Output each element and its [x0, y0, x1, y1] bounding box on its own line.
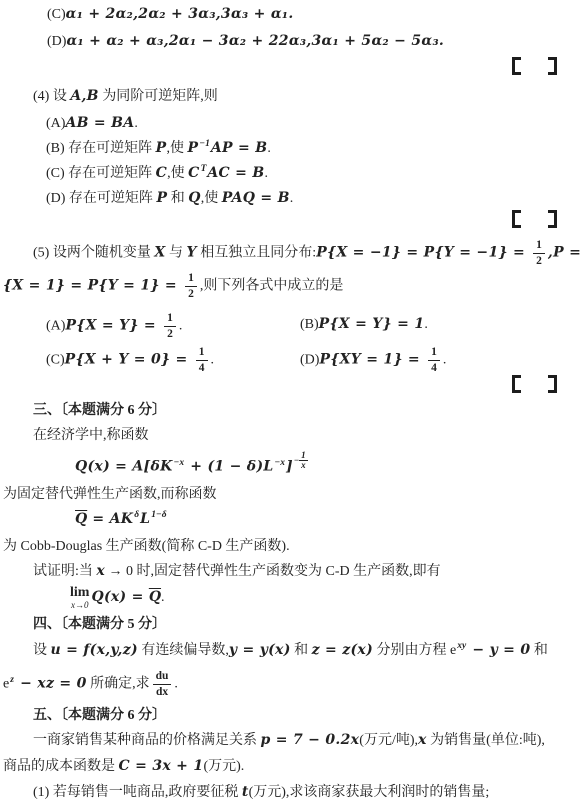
text-segment: − xz = 0 — [15, 675, 87, 691]
text-segment: AC = B — [207, 165, 264, 181]
option-4D: (D) 存在可逆矩阵 P 和 Q,使 PAQ = B. — [46, 190, 293, 208]
fraction-numerator: 1 — [185, 272, 197, 287]
text-segment: . — [161, 590, 165, 605]
text-segment: C — [156, 165, 167, 181]
superscript: xy — [457, 641, 466, 651]
question-4-stem: (4) 设 A,B 为同阶可逆矩阵,则 — [33, 88, 218, 106]
text-segment: z = z(x) — [312, 642, 373, 658]
fraction: 14 — [196, 346, 208, 374]
fraction-stack: 12 — [533, 239, 545, 267]
text-segment: P{X + Y = 0} = — [65, 351, 193, 367]
text-segment: (B) — [300, 317, 319, 332]
text-segment: (万元),求该商家获最大利润时的销售量; — [249, 785, 490, 800]
overline-variable: Q — [149, 589, 161, 605]
right-bracket-icon — [548, 375, 557, 393]
document-page: (C)α₁ + 2α₂,2α₂ + 3α₃,3α₃ + α₁.(D)α₁ + α… — [0, 0, 582, 805]
text-segment: (D) — [47, 34, 66, 49]
fraction-stack: 1x — [299, 451, 308, 470]
option-4B: (B) 存在可逆矩阵 P,使 P−1AP = B. — [46, 140, 271, 158]
left-bracket-icon — [512, 210, 521, 228]
superscript: δ — [134, 510, 139, 520]
answer-bracket-2 — [512, 210, 557, 234]
text-segment: PAQ = B — [222, 190, 290, 206]
text-segment: 为销售量(单位:吨), — [427, 733, 545, 748]
text-segment: . — [211, 352, 215, 367]
option-2D: (D)α₁ + α₂ + α₃,2α₁ − 3α₂ + 22α₃,3α₁ + 5… — [47, 33, 444, 51]
text-segment: u = f(x,y,z) — [51, 642, 138, 658]
limit-formula: limx→0Q(x) = Q. — [70, 586, 165, 610]
ces-production-formula: Q(x) = A[δK−x + (1 − δ)L−x]−1x — [75, 451, 308, 476]
option-5D: (D)P{XY = 1} = 14. — [300, 346, 446, 374]
limit-text: lim — [70, 586, 89, 600]
option-5B: (B)P{X = Y} = 1. — [300, 316, 428, 334]
text-segment: . — [424, 317, 428, 332]
text-segment: (B) 存在可逆矩阵 — [46, 141, 156, 156]
text-segment: {X = 1} = P{Y = 1} = — [3, 277, 182, 293]
answer-bracket-3 — [512, 375, 557, 399]
text-segment: P — [188, 140, 199, 156]
fraction: 12 — [533, 239, 545, 267]
text-segment: 和 — [291, 643, 312, 658]
text-segment: → 0 时,固定替代弹性生产函数变为 C-D 生产函数,即有 — [105, 564, 441, 579]
question-four-line2: ez − xz = 0 所确定,求dudx. — [3, 670, 178, 698]
left-bracket-icon — [512, 375, 521, 393]
text-segment: p = 7 − 0.2x — [261, 732, 360, 748]
text-segment: (5) 设两个随机变量 — [33, 245, 154, 260]
text-segment: (D) — [300, 352, 319, 367]
text-segment: Q(x) = — [91, 589, 148, 605]
text-segment: Q(x) = A[δK — [75, 459, 173, 475]
section-4-heading: 四、〔本题满分 5 分〕 — [33, 616, 166, 634]
right-bracket-icon — [548, 210, 557, 228]
text-segment: AB = BA — [65, 115, 134, 131]
fraction: dudx — [153, 670, 172, 698]
fraction-numerator: 1 — [196, 346, 208, 361]
superscript: 1−δ — [151, 510, 166, 520]
text-segment: 相互独立且同分布: — [197, 245, 316, 260]
text-segment: C = 3x + 1 — [119, 758, 204, 774]
question-five-line2: 商品的成本函数是 C = 3x + 1(万元). — [3, 758, 244, 776]
text-segment: 商品的成本函数是 — [3, 759, 119, 774]
text-segment: . — [265, 166, 269, 181]
text-segment: t — [242, 784, 249, 800]
text-segment: (A) — [46, 318, 65, 333]
fraction-stack: dudx — [153, 670, 172, 698]
fraction-numerator: 1 — [164, 312, 176, 327]
section-3-heading: 三、〔本题满分 6 分〕 — [33, 402, 166, 420]
text-segment: ,P = — [548, 244, 581, 260]
text-segment: ,使 — [167, 166, 188, 181]
text-segment: 试证明:当 — [33, 564, 96, 579]
text-segment: 在经济学中,称函数 — [33, 428, 149, 443]
fraction-numerator: 1 — [428, 346, 440, 361]
text-segment: 为固定替代弹性生产函数,而称函数 — [3, 487, 217, 502]
superscript: −x — [174, 458, 185, 468]
right-bracket-icon — [548, 57, 557, 75]
superscript: −1 — [199, 139, 210, 149]
text-segment: . — [267, 141, 271, 156]
fraction-denominator: 4 — [196, 361, 208, 375]
section-heading-text: 三、〔本题满分 6 分〕 — [33, 403, 166, 418]
question-5-stem-line2: {X = 1} = P{Y = 1} = 12,则下列各式中成立的是 — [3, 272, 343, 300]
text-segment: 和 — [167, 191, 188, 206]
superscript: z — [10, 675, 14, 685]
option-5C: (C)P{X + Y = 0} = 14. — [46, 346, 214, 374]
option-5A: (A)P{X = Y} = 12. — [46, 312, 182, 340]
question-five-line1: 一商家销售某种商品的价格满足关系 p = 7 − 0.2x(万元/吨),x 为销… — [33, 732, 545, 750]
text-segment: 一商家销售某种商品的价格满足关系 — [33, 733, 261, 748]
option-4A: (A)AB = BA. — [46, 115, 138, 133]
fraction-numerator: 1 — [533, 239, 545, 254]
superscript: −x — [275, 458, 286, 468]
text-segment: 和 — [530, 643, 548, 658]
text-segment: = AK — [87, 511, 133, 527]
text-segment: . — [290, 191, 294, 206]
text-segment: (1) 若每销售一吨商品,政府要征税 — [33, 785, 242, 800]
answer-bracket-icon — [512, 57, 557, 75]
text-segment: (万元/吨), — [359, 733, 418, 748]
fraction-denominator: 4 — [428, 361, 440, 375]
text-segment: P — [156, 190, 167, 206]
fraction-stack: 14 — [196, 346, 208, 374]
text-segment: P — [156, 140, 167, 156]
text-segment: (4) 设 — [33, 89, 70, 104]
ces-label: 为固定替代弹性生产函数,而称函数 — [3, 486, 217, 504]
text-segment: 为 Cobb-Douglas 生产函数(简称 C-D 生产函数). — [3, 539, 290, 554]
text-segment: x — [96, 563, 105, 579]
text-segment: 与 — [166, 245, 187, 260]
limit-operator: limx→0 — [70, 586, 89, 610]
cd-production-formula: Q = AKδL1−δ — [75, 511, 168, 529]
cd-label: 为 Cobb-Douglas 生产函数(简称 C-D 生产函数). — [3, 538, 290, 556]
text-segment: (C) — [46, 352, 65, 367]
limit-subscript: x→0 — [70, 601, 89, 610]
text-segment: 分别由方程 e — [373, 643, 456, 658]
text-segment: P{X = Y} = — [65, 317, 161, 333]
text-segment: Y — [187, 244, 197, 260]
text-segment: L — [140, 511, 150, 527]
text-segment: y = y(x) — [229, 642, 291, 658]
text-segment: . — [174, 676, 178, 691]
fraction-denominator: x — [299, 461, 308, 470]
text-segment: − y = 0 — [467, 642, 530, 658]
section-3-intro: 在经济学中,称函数 — [33, 427, 149, 445]
answer-bracket-icon — [512, 210, 557, 228]
fraction-stack: 12 — [164, 312, 176, 340]
fraction-stack: 12 — [185, 272, 197, 300]
answer-bracket-1 — [512, 57, 557, 81]
question-5-stem-line1: (5) 设两个随机变量 X 与 Y 相互独立且同分布:P{X = −1} = P… — [33, 239, 581, 267]
text-segment: ,使 — [201, 191, 222, 206]
overline-variable: Q — [75, 511, 87, 527]
text-segment: 设 — [33, 643, 51, 658]
text-segment: (C) 存在可逆矩阵 — [46, 166, 156, 181]
question-four-line1: 设 u = f(x,y,z) 有连续偏导数,y = y(x) 和 z = z(x… — [33, 642, 548, 660]
text-segment: AP = B — [211, 140, 268, 156]
fraction: 14 — [428, 346, 440, 374]
text-segment: ] — [286, 459, 293, 475]
text-segment: (A) — [46, 116, 65, 131]
text-segment: ,则下列各式中成立的是 — [200, 278, 344, 293]
text-segment: + (1 − δ)L — [185, 459, 273, 475]
text-segment: X — [154, 244, 165, 260]
text-segment: (D) 存在可逆矩阵 — [46, 191, 156, 206]
text-segment: α₁ + 2α₂,2α₂ + 3α₃,3α₃ + α₁. — [66, 6, 294, 22]
text-segment: e — [3, 676, 9, 691]
text-segment: P{X = −1} = P{Y = −1} = — [316, 244, 530, 260]
superscript-fraction: −1x — [294, 451, 308, 470]
fraction-denominator: 2 — [533, 254, 545, 268]
fraction-denominator: 2 — [185, 287, 197, 301]
text-segment: α₁ + α₂ + α₃,2α₁ − 3α₂ + 22α₃,3α₁ + 5α₂ … — [66, 33, 444, 49]
text-segment: x — [418, 732, 427, 748]
superscript: T — [201, 164, 207, 174]
text-segment: (万元). — [203, 759, 244, 774]
fraction: 12 — [164, 312, 176, 340]
text-segment: P{XY = 1} = — [319, 351, 425, 367]
prove-statement: 试证明:当 x → 0 时,固定替代弹性生产函数变为 C-D 生产函数,即有 — [33, 563, 441, 581]
fraction-stack: 14 — [428, 346, 440, 374]
text-segment: 为同阶可逆矩阵,则 — [99, 89, 218, 104]
text-segment: 有连续偏导数, — [138, 643, 229, 658]
text-segment: . — [443, 352, 447, 367]
fraction: 12 — [185, 272, 197, 300]
left-bracket-icon — [512, 57, 521, 75]
text-segment: 所确定,求 — [87, 676, 150, 691]
option-4C: (C) 存在可逆矩阵 C,使 CTAC = B. — [46, 165, 268, 183]
text-segment: P{X = Y} = 1 — [319, 316, 425, 332]
section-heading-text: 五、〔本题满分 6 分〕 — [33, 708, 166, 723]
question-five-sub1: (1) 若每销售一吨商品,政府要征税 t(万元),求该商家获最大利润时的销售量; — [33, 784, 489, 802]
text-segment: C — [188, 165, 199, 181]
section-5-heading: 五、〔本题满分 6 分〕 — [33, 707, 166, 725]
text-segment: . — [179, 318, 183, 333]
text-segment: . — [134, 116, 138, 131]
fraction-numerator: du — [153, 670, 172, 685]
fraction-denominator: 2 — [164, 327, 176, 341]
option-2C: (C)α₁ + 2α₂,2α₂ + 3α₃,3α₃ + α₁. — [47, 6, 294, 24]
fraction-denominator: dx — [153, 685, 172, 699]
answer-bracket-icon — [512, 375, 557, 393]
text-segment: A,B — [70, 88, 98, 104]
text-segment: (C) — [47, 7, 66, 22]
text-segment: Q — [188, 190, 201, 206]
section-heading-text: 四、〔本题满分 5 分〕 — [33, 617, 166, 632]
text-segment: ,使 — [167, 141, 188, 156]
